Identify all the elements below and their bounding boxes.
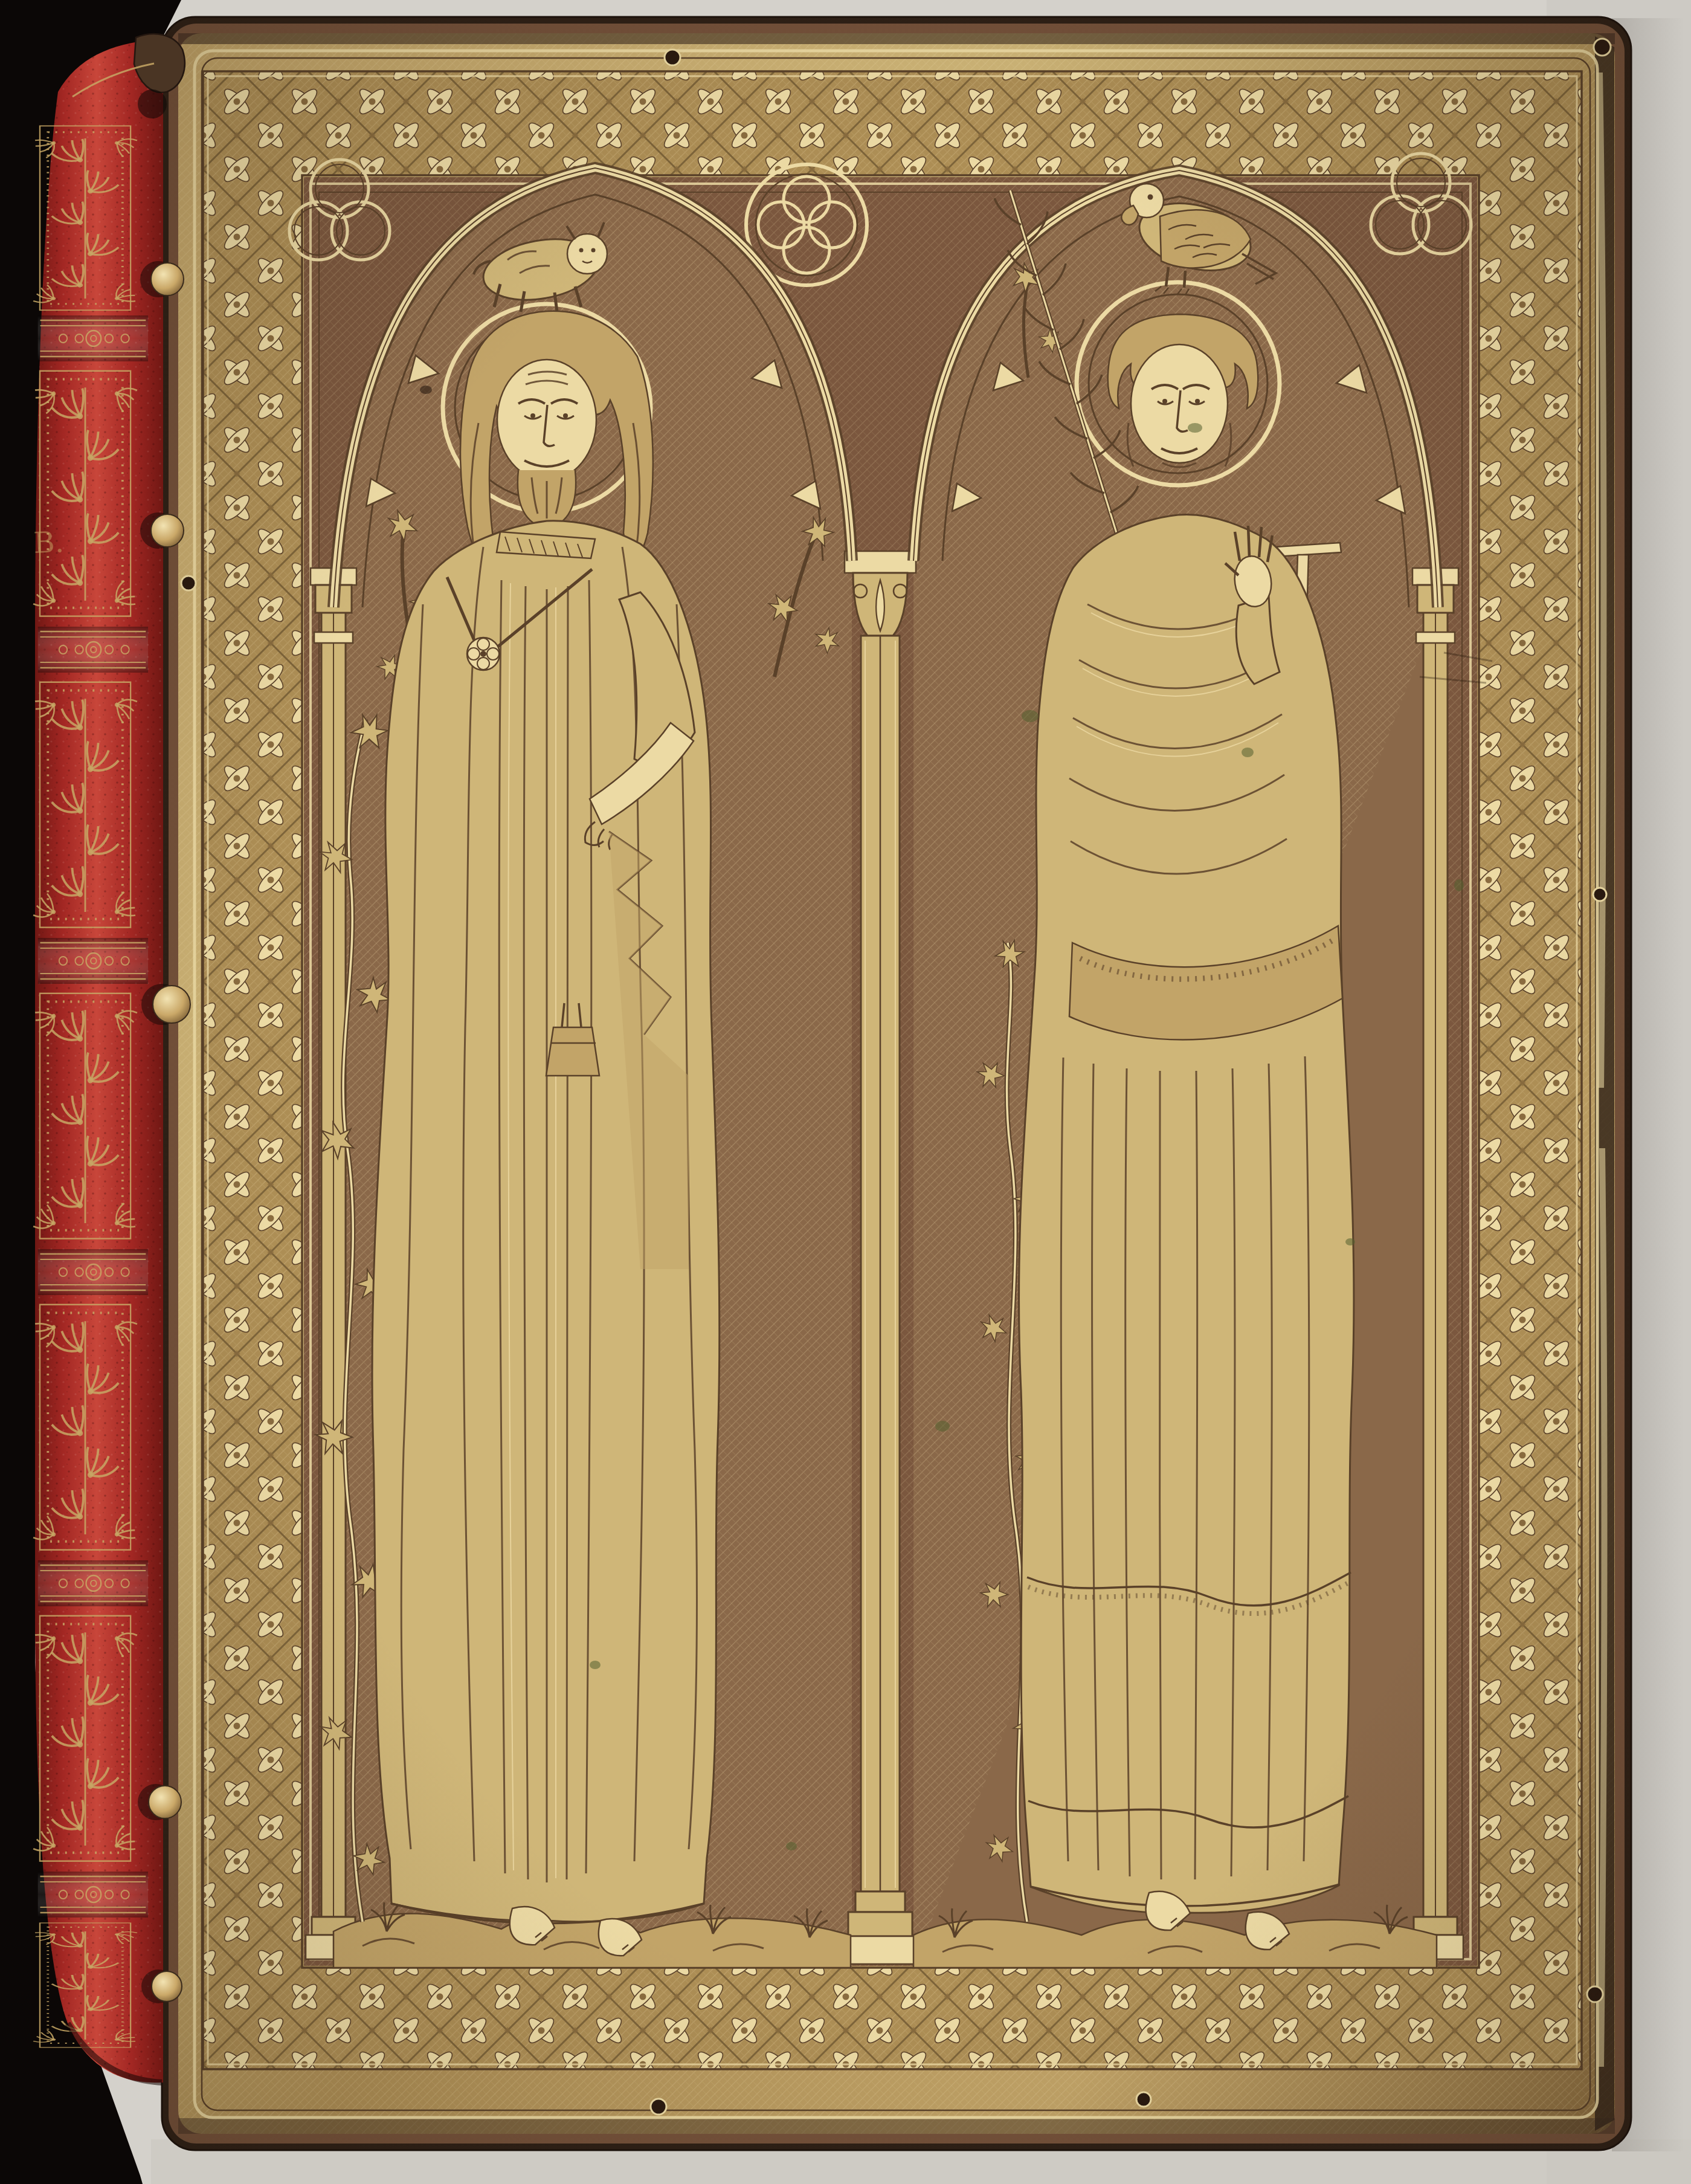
front-cover [162,17,1631,2150]
stud [151,514,184,547]
stud [149,1786,181,1818]
stud [153,986,190,1023]
stud [151,263,184,296]
spine: B. [32,34,185,2082]
stud [152,1971,182,2001]
scene: B. [0,0,1691,2184]
photograph-treasure-binding: B. [0,0,1691,2184]
spine-label: B. [33,525,64,560]
